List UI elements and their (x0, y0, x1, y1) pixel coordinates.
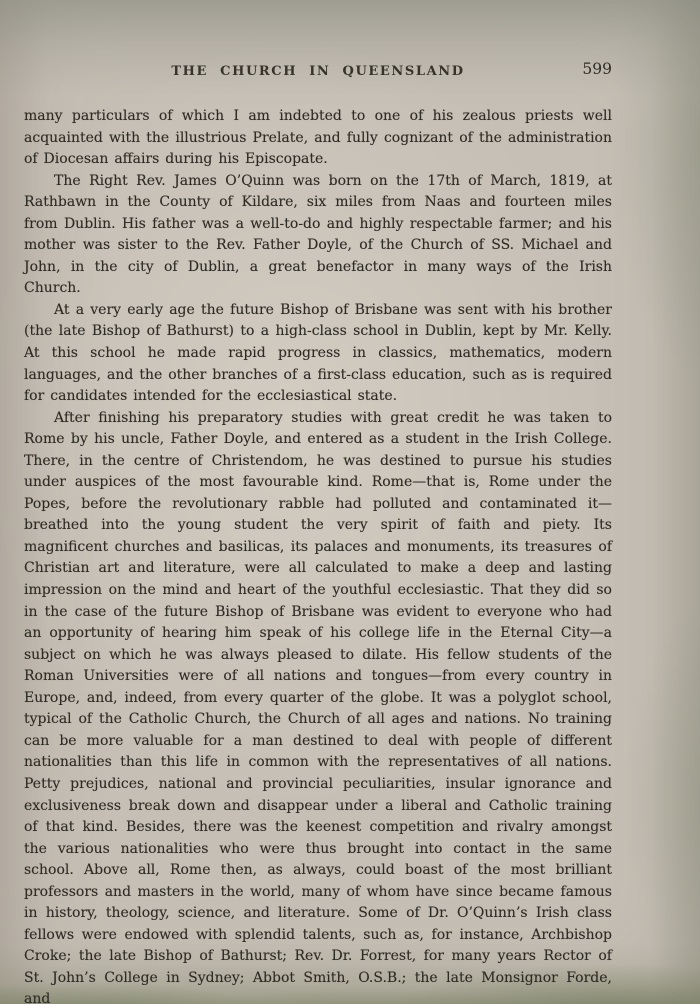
paragraph-schooling: At a very early age the future Bishop of… (24, 300, 612, 408)
paragraph-rome: After finishing his preparatory studies … (24, 408, 612, 1004)
page-body: many particulars of which I am indebted … (24, 106, 612, 1004)
scanned-book-page: THE CHURCH IN QUEENSLAND 599 many partic… (0, 0, 700, 1004)
page-header: THE CHURCH IN QUEENSLAND 599 (24, 0, 612, 88)
paragraph-birth: The Right Rev. James O’Quinn was born on… (24, 171, 612, 300)
page-number: 599 (582, 60, 612, 78)
paragraph-continuation: many particulars of which I am indebted … (24, 106, 612, 171)
running-title: THE CHURCH IN QUEENSLAND (24, 64, 612, 79)
